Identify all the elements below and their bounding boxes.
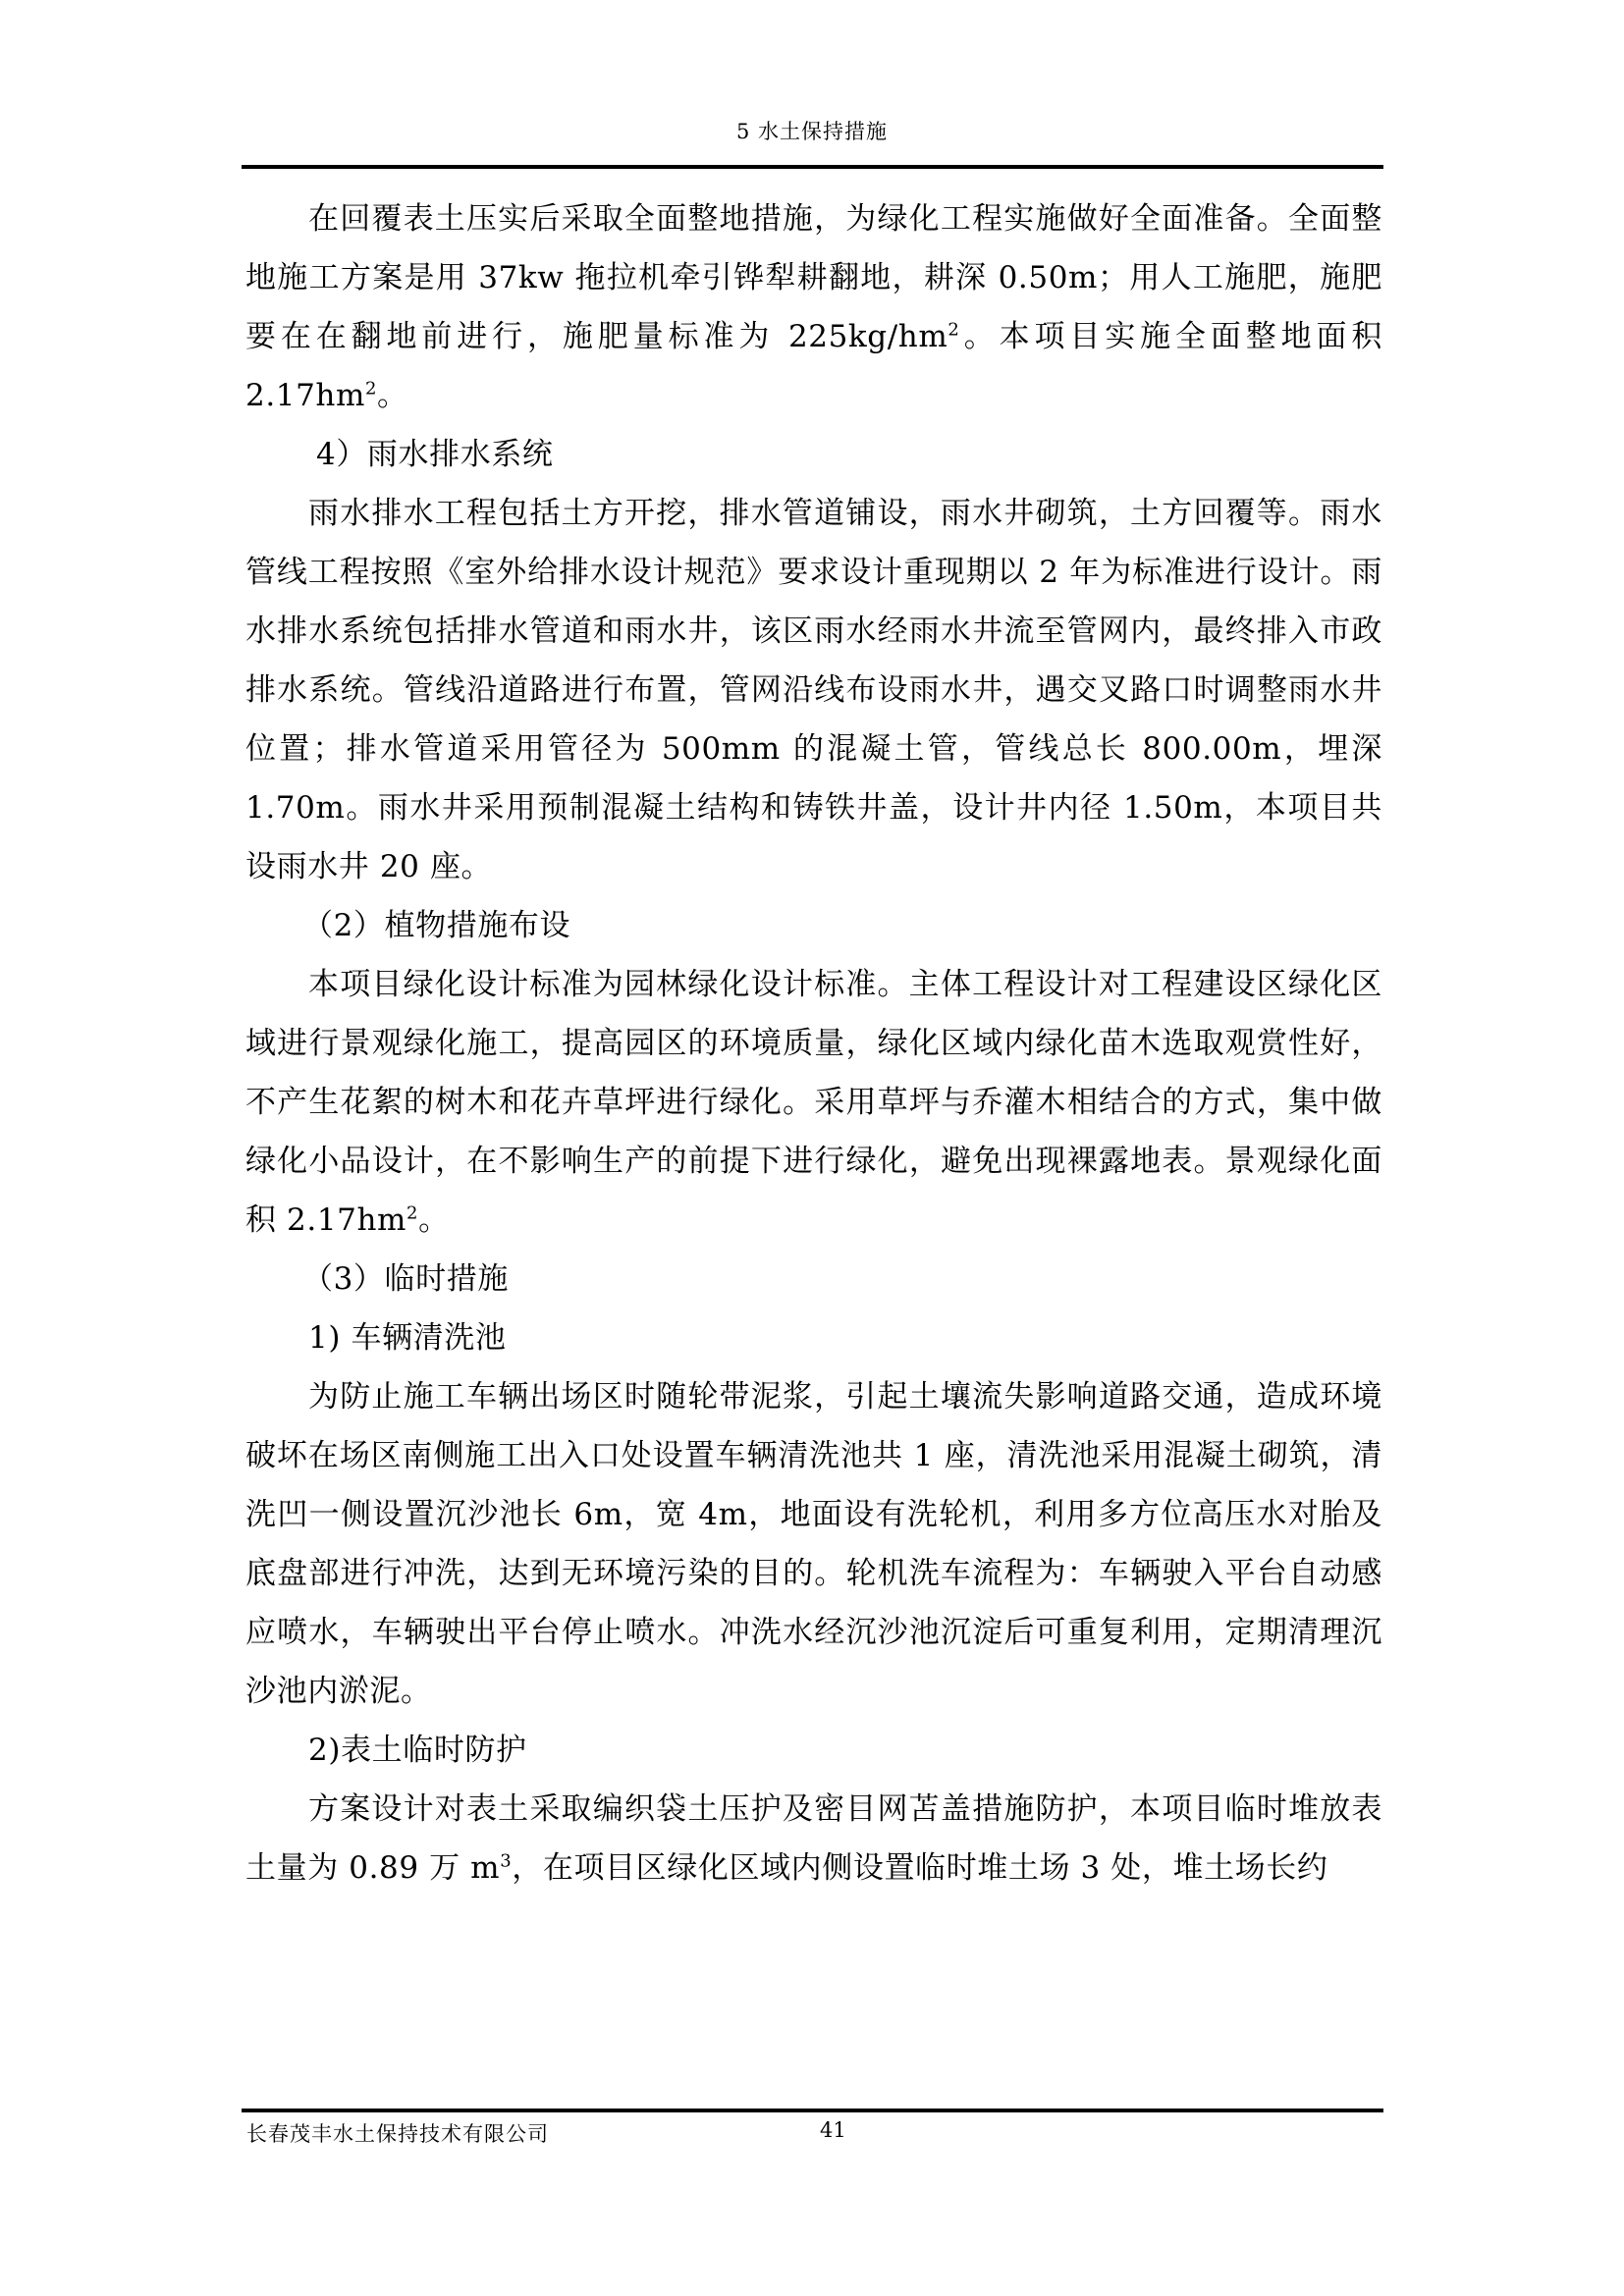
text-span: 。 bbox=[418, 1202, 450, 1238]
paragraph-rainwater-drainage: 雨水排水工程包括土方开挖，排水管道铺设，雨水井砌筑，土方回覆等。雨水管线工程按照… bbox=[245, 484, 1382, 896]
heading-rainwater-drainage: 4）雨水排水系统 bbox=[245, 425, 1382, 484]
text-span: 本项目绿化设计标准为园林绿化设计标准。主体工程设计对工程建设区绿化区域进行景观绿… bbox=[245, 967, 1382, 1238]
paragraph-land-preparation: 在回覆表土压实后采取全面整地措施，为绿化工程实施做好全面准备。全面整地施工方案是… bbox=[245, 189, 1382, 425]
heading-temporary-measures: （3）临时措施 bbox=[245, 1250, 1382, 1308]
superscript: 2 bbox=[947, 320, 959, 341]
text-span: 。 bbox=[377, 378, 408, 413]
heading-vehicle-wash-pool: 1) 车辆清洗池 bbox=[245, 1308, 1382, 1367]
heading-topsoil-protection: 2)表土临时防护 bbox=[245, 1721, 1382, 1780]
header-rule bbox=[242, 165, 1383, 169]
document-body: 在回覆表土压实后采取全面整地措施，为绿化工程实施做好全面准备。全面整地施工方案是… bbox=[245, 189, 1382, 1897]
page-number: 41 bbox=[820, 2118, 846, 2142]
heading-plant-measures: （2）植物措施布设 bbox=[245, 896, 1382, 955]
superscript: 3 bbox=[500, 1851, 512, 1872]
text-span: ，在项目区绿化区域内侧设置临时堆土场 3 处，堆土场长约 bbox=[512, 1850, 1327, 1886]
paragraph-topsoil-protection: 方案设计对表土采取编织袋土压护及密目网苫盖措施防护，本项目临时堆放表土量为 0.… bbox=[245, 1780, 1382, 1897]
paragraph-vehicle-wash-pool: 为防止施工车辆出场区时随轮带泥浆，引起土壤流失影响道路交通，造成环境破坏在场区南… bbox=[245, 1367, 1382, 1721]
paragraph-plant-measures: 本项目绿化设计标准为园林绿化设计标准。主体工程设计对工程建设区绿化区域进行景观绿… bbox=[245, 955, 1382, 1250]
footer-rule bbox=[242, 2109, 1383, 2112]
superscript: 2 bbox=[406, 1203, 418, 1224]
footer-company-name: 长春茂丰水土保持技术有限公司 bbox=[246, 2118, 549, 2148]
superscript: 2 bbox=[365, 379, 377, 400]
running-header-title: 5 水土保持措施 bbox=[0, 116, 1624, 145]
